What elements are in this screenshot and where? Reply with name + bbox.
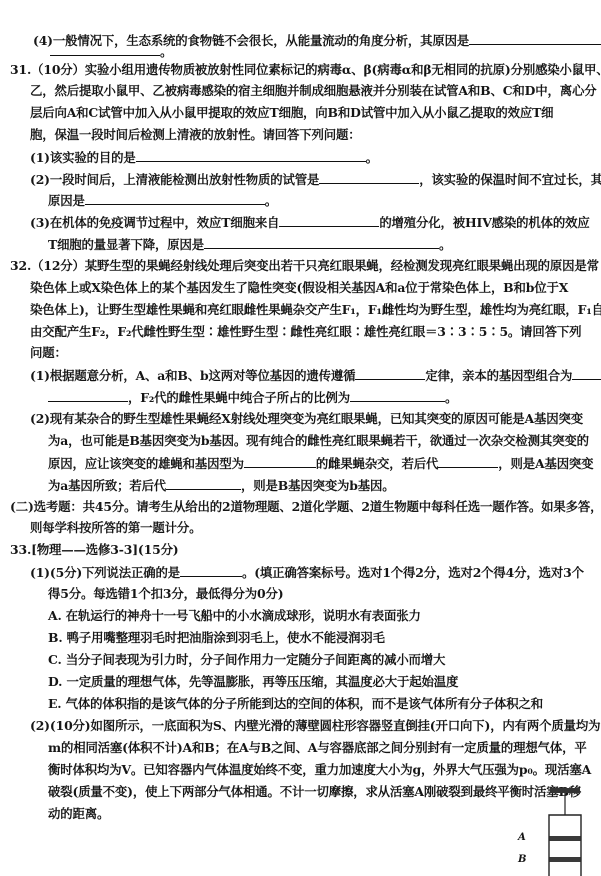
answer-blank[interactable] [438,456,498,468]
seg-text_after: 。 [439,237,451,252]
text-line-q31-2a: (2)一段时间后，上清液能检测出放射性物质的试管是，该实验的保温时间不宜过长，其 [30,172,601,187]
seg-text: 动的距离。 [48,806,109,821]
answer-blank[interactable] [50,44,160,56]
seg-text: 原因是 [48,193,85,208]
text-line-q30-4-b: 。 [50,44,172,59]
text-line-q33-2b: m的相同活塞(体积不计)A和B；在A与B之间、A与容器底部之间分别封有一定质量的… [48,741,587,755]
seg-text: 32.（12分）某野生型的果蝇经射线处理后突变出若干只亮红眼果蝇，经检测发现亮红… [10,258,599,273]
seg-text: 。 [160,44,172,59]
seg-text: 为a，也可能是B基因突变为b基因。现有纯合的雌性亮红眼果蝇若干，欲通过一次杂交检… [48,433,589,448]
text-line-q33-2a: (2)(10分)如图所示，一底面积为S、内壁光滑的薄壁圆柱形容器竖直倒挂(开口向… [30,719,600,733]
text-line-q32-2a: (2)现有某杂合的野生型雄性果蝇经X射线处理突变为亮红眼果蝇，已知其突变的原因可… [30,412,583,426]
seg-text: D. 一定质量的理想气体，先等温膨胀，再等压压缩，其温度必大于起始温度 [48,674,458,689]
seg-text: 原因，应让该突变的雄蝇和基因型为 [48,456,244,471]
text-line-q31-l4: 胞，保温一段时间后检测上清液的放射性。请回答下列问题： [30,128,361,142]
text-line-q31-2b: 原因是。 [48,193,277,208]
text-line-q32-l2: 染色体上或X染色体上的某个基因发生了隐性突变(假设相关基因A和a位于常染色体上，… [30,281,568,295]
piston-a [550,836,581,841]
text-line-q32-2b: 为a，也可能是B基因突变为b基因。现有纯合的雌性亮红眼果蝇若干，欲通过一次杂交检… [48,434,589,448]
answer-blank[interactable] [136,150,366,162]
text-line-q32-l4: 由交配产生F₂，F₂代雌性野生型∶雄性野生型∶雌性亮红眼∶雄性亮红眼＝3∶3∶5… [30,325,581,339]
seg-text: 衡时体积均为V。已知容器内气体温度始终不变，重力加速度大小为g，外界大气压强为p… [48,762,591,777]
text-line-sec2-b: 则每学科按所答的第一题计分。 [30,521,201,535]
seg-text: 为a基因所致；若后代 [48,478,166,493]
exam-page: (4)一般情况下，生态系统的食物链不会很长，从能量流动的角度分析，其原因是。31… [0,0,601,876]
text-line-q32-1b: ，F₂代的雌性果蝇中纯合子所占的比例为。 [48,390,457,405]
seg-text: E. 气体的体积指的是该气体的分子所能到达的空间的体积，而不是该气体所有分子体积… [48,696,543,711]
answer-blank[interactable] [319,172,419,184]
seg-text: 层后向A和C试管中加入从小鼠甲提取的效应T细胞，向B和D试管中加入从小鼠乙提取的… [30,105,553,120]
cylinder-diagram-icon [520,786,600,876]
seg-text: 破裂(质量不变)，使上下两部分气体相通。不计一切摩擦，求从活塞A刚破裂到最终平衡… [48,784,581,799]
seg-text: (2)现有某杂合的野生型雄性果蝇经X射线处理突变为亮红眼果蝇，已知其突变的原因可… [30,411,583,426]
text-line-q33-1a: (1)(5分)下列说法正确的是。(填正确答案标号。选对1个得2分，选对2个得4分… [30,565,584,580]
ceiling-mount [550,788,580,793]
seg-text_after: 的增殖分化，被HIV感染的机体的效应 [379,215,589,230]
seg-text: (2)(10分)如图所示，一底面积为S、内壁光滑的薄壁圆柱形容器竖直倒挂(开口向… [30,718,600,733]
seg-text_after: 。 [445,390,457,405]
answer-blank[interactable] [204,237,439,249]
answer-blank[interactable] [180,565,242,577]
seg-text: T细胞的量显著下降，原因是 [48,237,204,252]
seg-text: 胞，保温一段时间后检测上清液的放射性。请回答下列问题： [30,127,361,142]
seg-text: C. 当分子间表现为引力时，分子间作用力一定随分子间距离的减小而增大 [48,652,445,667]
seg-text_after: 的雌果蝇杂交，若后代 [316,456,438,471]
seg-text_after: 。 [265,193,277,208]
seg-text: 乙，然后提取小鼠甲、乙被病毒感染的宿主细胞并制成细胞悬液并分别装在试管A和B、C… [30,83,596,98]
seg-text_after: ，该实验的保温时间不宜过长，其 [419,172,601,187]
seg-text_after: ，则是B基因突变为b基因。 [241,478,394,493]
seg-text: m的相同活塞(体积不计)A和B；在A与B之间、A与容器底部之间分别封有一定质量的… [48,740,587,755]
seg-text: (1)根据题意分析，A、a和B、b这两对等位基因的遗传遵循 [30,368,355,383]
text-line-q33-2d: 破裂(质量不变)，使上下两部分气体相通。不计一切摩擦，求从活塞A刚破裂到最终平衡… [48,785,581,799]
text-line-q32-l3: 染色体上)，让野生型雄性果蝇和亮红眼雌性果蝇杂交产生F₁，F₁雌性均为野生型，雄… [30,303,601,317]
piston-b [550,857,581,862]
answer-blank[interactable] [572,368,601,380]
answer-blank[interactable] [350,390,445,402]
seg-text_after2: ，则是A基因突变 [498,456,593,471]
text-line-q31-head: 31.（10分）实验小组用遗传物质被放射性同位素标记的病毒α、β(病毒α和β无相… [10,63,601,77]
text-line-q33-2c: 衡时体积均为V。已知容器内气体温度始终不变，重力加速度大小为g，外界大气压强为p… [48,763,591,777]
piston-a-label: A [518,832,526,843]
text-line-q33-1b: 得5分。每选错1个扣3分，最低得分为0分) [48,587,283,601]
answer-blank[interactable] [279,215,379,227]
text-line-q33-head: 33.[物理——选修3-3](15分) [10,543,179,557]
seg-text: (2)一段时间后，上清液能检测出放射性物质的试管是 [30,172,319,187]
text-line-q33-2e: 动的距离。 [48,807,109,821]
seg-text: 染色体上或X染色体上的某个基因发生了隐性突变(假设相关基因A和a位于常染色体上，… [30,280,568,295]
seg-text: (1)该实验的目的是 [30,150,136,165]
answer-blank[interactable] [166,478,241,490]
seg-text: 则每学科按所答的第一题计分。 [30,520,201,535]
seg-text_after: 。 [366,150,378,165]
text-line-q32-1a: (1)根据题意分析，A、a和B、b这两对等位基因的遗传遵循定律，亲本的基因型组合… [30,368,601,383]
answer-blank[interactable] [85,193,265,205]
seg-text: (3)在机体的免疫调节过程中，效应T细胞来自 [30,215,279,230]
seg-text_after: 定律，亲本的基因型组合为 [425,368,572,383]
seg-text: ，F₂代的雌性果蝇中纯合子所占的比例为 [128,390,350,405]
seg-text_after: 。(填正确答案标号。选对1个得2分，选对2个得4分，选对3个 [242,565,584,580]
seg-text: (1)(5分)下列说法正确的是 [30,565,180,580]
seg-text: B. 鸭子用嘴整理羽毛时把油脂涂到羽毛上，使水不能浸润羽毛 [48,630,385,645]
seg-text: (二)选考题：共45分。请考生从给出的2道物理题、2道化学题、2道生物题中每科任… [10,499,601,514]
text-line-q33-B: B. 鸭子用嘴整理羽毛时把油脂涂到羽毛上，使水不能浸润羽毛 [48,631,385,645]
text-line-q31-3a: (3)在机体的免疫调节过程中，效应T细胞来自的增殖分化，被HIV感染的机体的效应 [30,215,590,230]
text-line-q33-C: C. 当分子间表现为引力时，分子间作用力一定随分子间距离的减小而增大 [48,653,445,667]
text-line-q33-A: A. 在轨运行的神舟十一号飞船中的小水滴成球形，说明水有表面张力 [48,609,421,623]
answer-blank[interactable] [469,33,601,45]
text-line-q32-l5: 问题： [30,346,67,360]
text-line-q33-E: E. 气体的体积指的是该气体的分子所能到达的空间的体积，而不是该气体所有分子体积… [48,697,543,711]
answer-blank[interactable] [48,390,128,402]
seg-text: 33.[物理——选修3-3](15分) [10,542,179,557]
text-line-q31-l3: 层后向A和C试管中加入从小鼠甲提取的效应T细胞，向B和D试管中加入从小鼠乙提取的… [30,106,553,120]
seg-text: 得5分。每选错1个扣3分，最低得分为0分) [48,586,283,601]
piston-b-label: B [518,854,526,865]
text-line-q32-2d: 为a基因所致；若后代，则是B基因突变为b基因。 [48,478,395,493]
text-line-q31-l2: 乙，然后提取小鼠甲、乙被病毒感染的宿主细胞并制成细胞悬液并分别装在试管A和B、C… [30,84,596,98]
piston-cylinder-figure: A B [520,786,600,876]
seg-text: 染色体上)，让野生型雄性果蝇和亮红眼雌性果蝇杂交产生F₁，F₁雌性均为野生型，雄… [30,302,601,317]
seg-text: 31.（10分）实验小组用遗传物质被放射性同位素标记的病毒α、β(病毒α和β无相… [10,62,601,77]
text-line-sec2-a: (二)选考题：共45分。请考生从给出的2道物理题、2道化学题、2道生物题中每科任… [10,500,601,514]
seg-text: 由交配产生F₂，F₂代雌性野生型∶雄性野生型∶雌性亮红眼∶雄性亮红眼＝3∶3∶5… [30,324,581,339]
text-line-q31-1: (1)该实验的目的是。 [30,150,378,165]
text-line-q31-3b: T细胞的量显著下降，原因是。 [48,237,451,252]
seg-text: 问题： [30,345,67,360]
text-line-q32-head: 32.（12分）某野生型的果蝇经射线处理后突变出若干只亮红眼果蝇，经检测发现亮红… [10,259,599,273]
answer-blank[interactable] [244,456,316,468]
answer-blank[interactable] [355,368,425,380]
text-line-q33-D: D. 一定质量的理想气体，先等温膨胀，再等压压缩，其温度必大于起始温度 [48,675,458,689]
text-line-q32-2c: 原因，应让该突变的雄蝇和基因型为的雌果蝇杂交，若后代，则是A基因突变 [48,456,593,471]
seg-text: A. 在轨运行的神舟十一号飞船中的小水滴成球形，说明水有表面张力 [48,608,421,623]
